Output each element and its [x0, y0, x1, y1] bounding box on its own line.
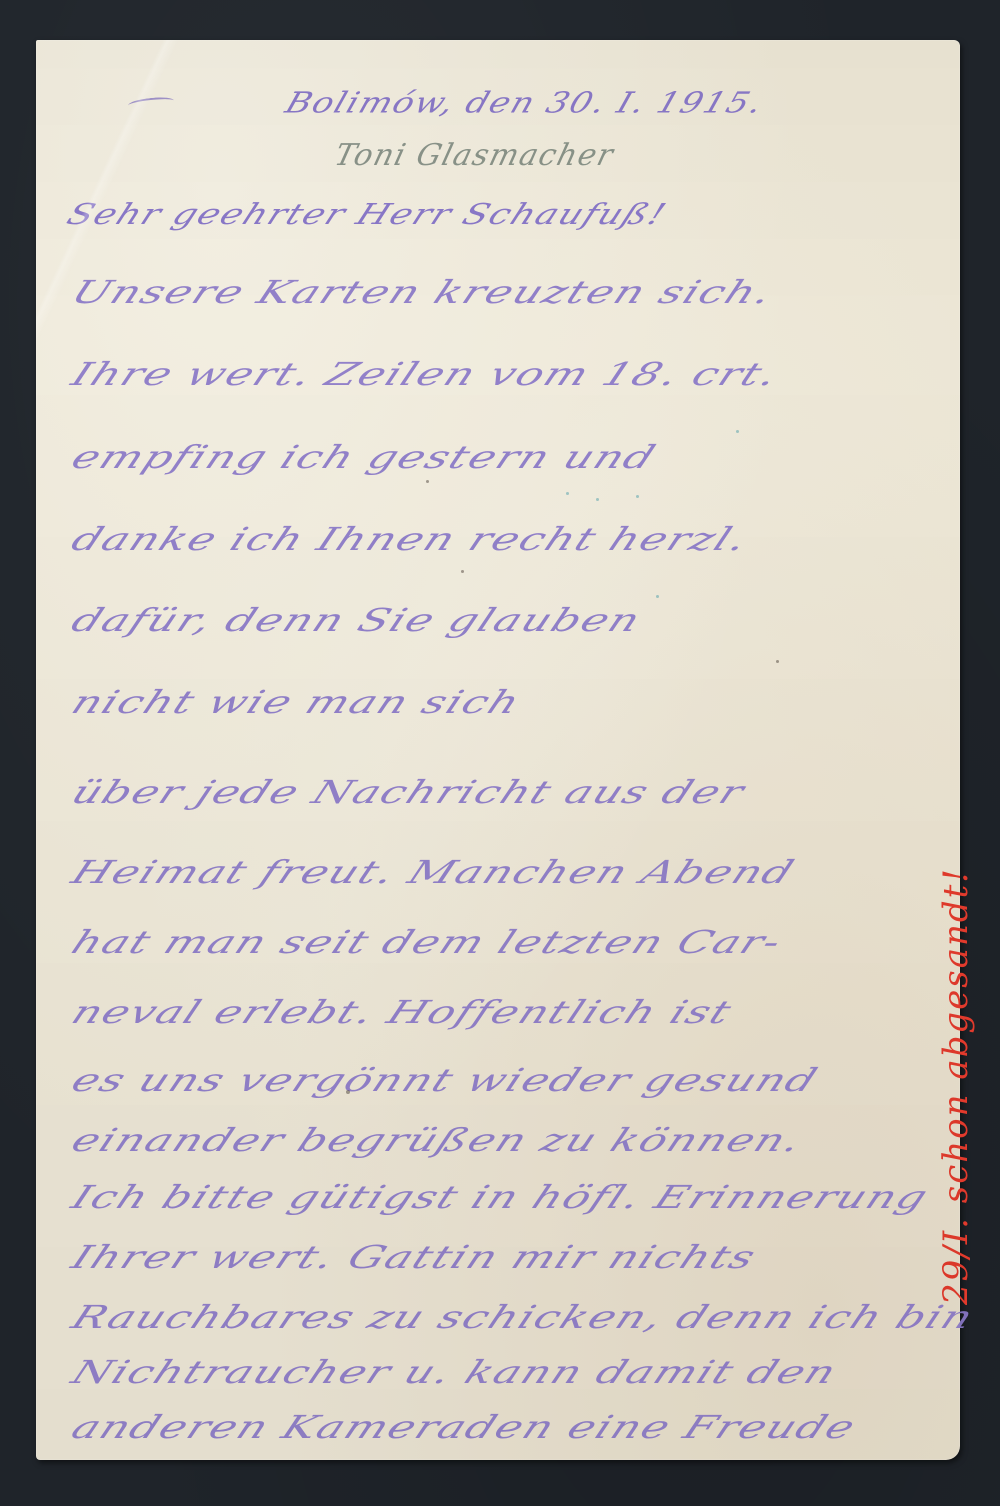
place-date-line: Bolimów, den 30. I. 1915. — [281, 86, 768, 120]
teal-mark — [736, 430, 739, 433]
flourish-mark — [128, 96, 175, 111]
body-line: dafür, denn Sie glauben — [66, 602, 647, 639]
body-line: neval erlebt. Hoffentlich ist — [66, 994, 738, 1031]
body-line: empfing ich gestern und — [66, 439, 662, 476]
body-line: Unsere Karten kreuzten sich. — [66, 274, 779, 311]
body-line: Ihrer wert. Gattin mir nichts — [66, 1239, 762, 1276]
pencil-sender-name: Toni Glasmacher — [331, 138, 618, 173]
body-line: Nichtraucher u. kann damit den — [66, 1354, 843, 1391]
teal-mark — [636, 495, 639, 498]
body-line: Ich bitte gütigst in höfl. Erinnerung — [66, 1179, 934, 1216]
teal-mark — [566, 492, 569, 495]
salutation: Sehr geehrter Herr Schaufuß! — [62, 198, 672, 231]
paper-speck — [776, 660, 779, 663]
body-line: hat man seit dem letzten Car- — [66, 924, 788, 961]
body-line: einander begrüßen zu können. — [66, 1122, 808, 1159]
paper-speck — [426, 480, 429, 483]
teal-mark — [656, 595, 659, 598]
postcard-paper: Bolimów, den 30. I. 1915. Toni Glasmache… — [36, 40, 960, 1460]
body-line: es uns vergönnt wieder gesund — [66, 1062, 824, 1099]
body-line: Ihre wert. Zeilen vom 18. crt. — [66, 356, 784, 393]
body-line: Heimat freut. Manchen Abend — [66, 854, 800, 891]
teal-mark — [596, 498, 599, 501]
body-line: Rauchbares zu schicken, denn ich bin — [66, 1299, 980, 1336]
paper-speck — [346, 1090, 350, 1094]
body-line: anderen Kameraden eine Freude — [66, 1409, 862, 1446]
body-line: über jede Nachricht aus der — [66, 774, 751, 811]
paper-speck — [461, 570, 464, 573]
body-line: danke ich Ihnen recht herzl. — [66, 521, 754, 558]
red-margin-annotation: 29/I. schon abgesandt! — [936, 867, 976, 1305]
body-line: nicht wie man sich — [66, 684, 527, 721]
